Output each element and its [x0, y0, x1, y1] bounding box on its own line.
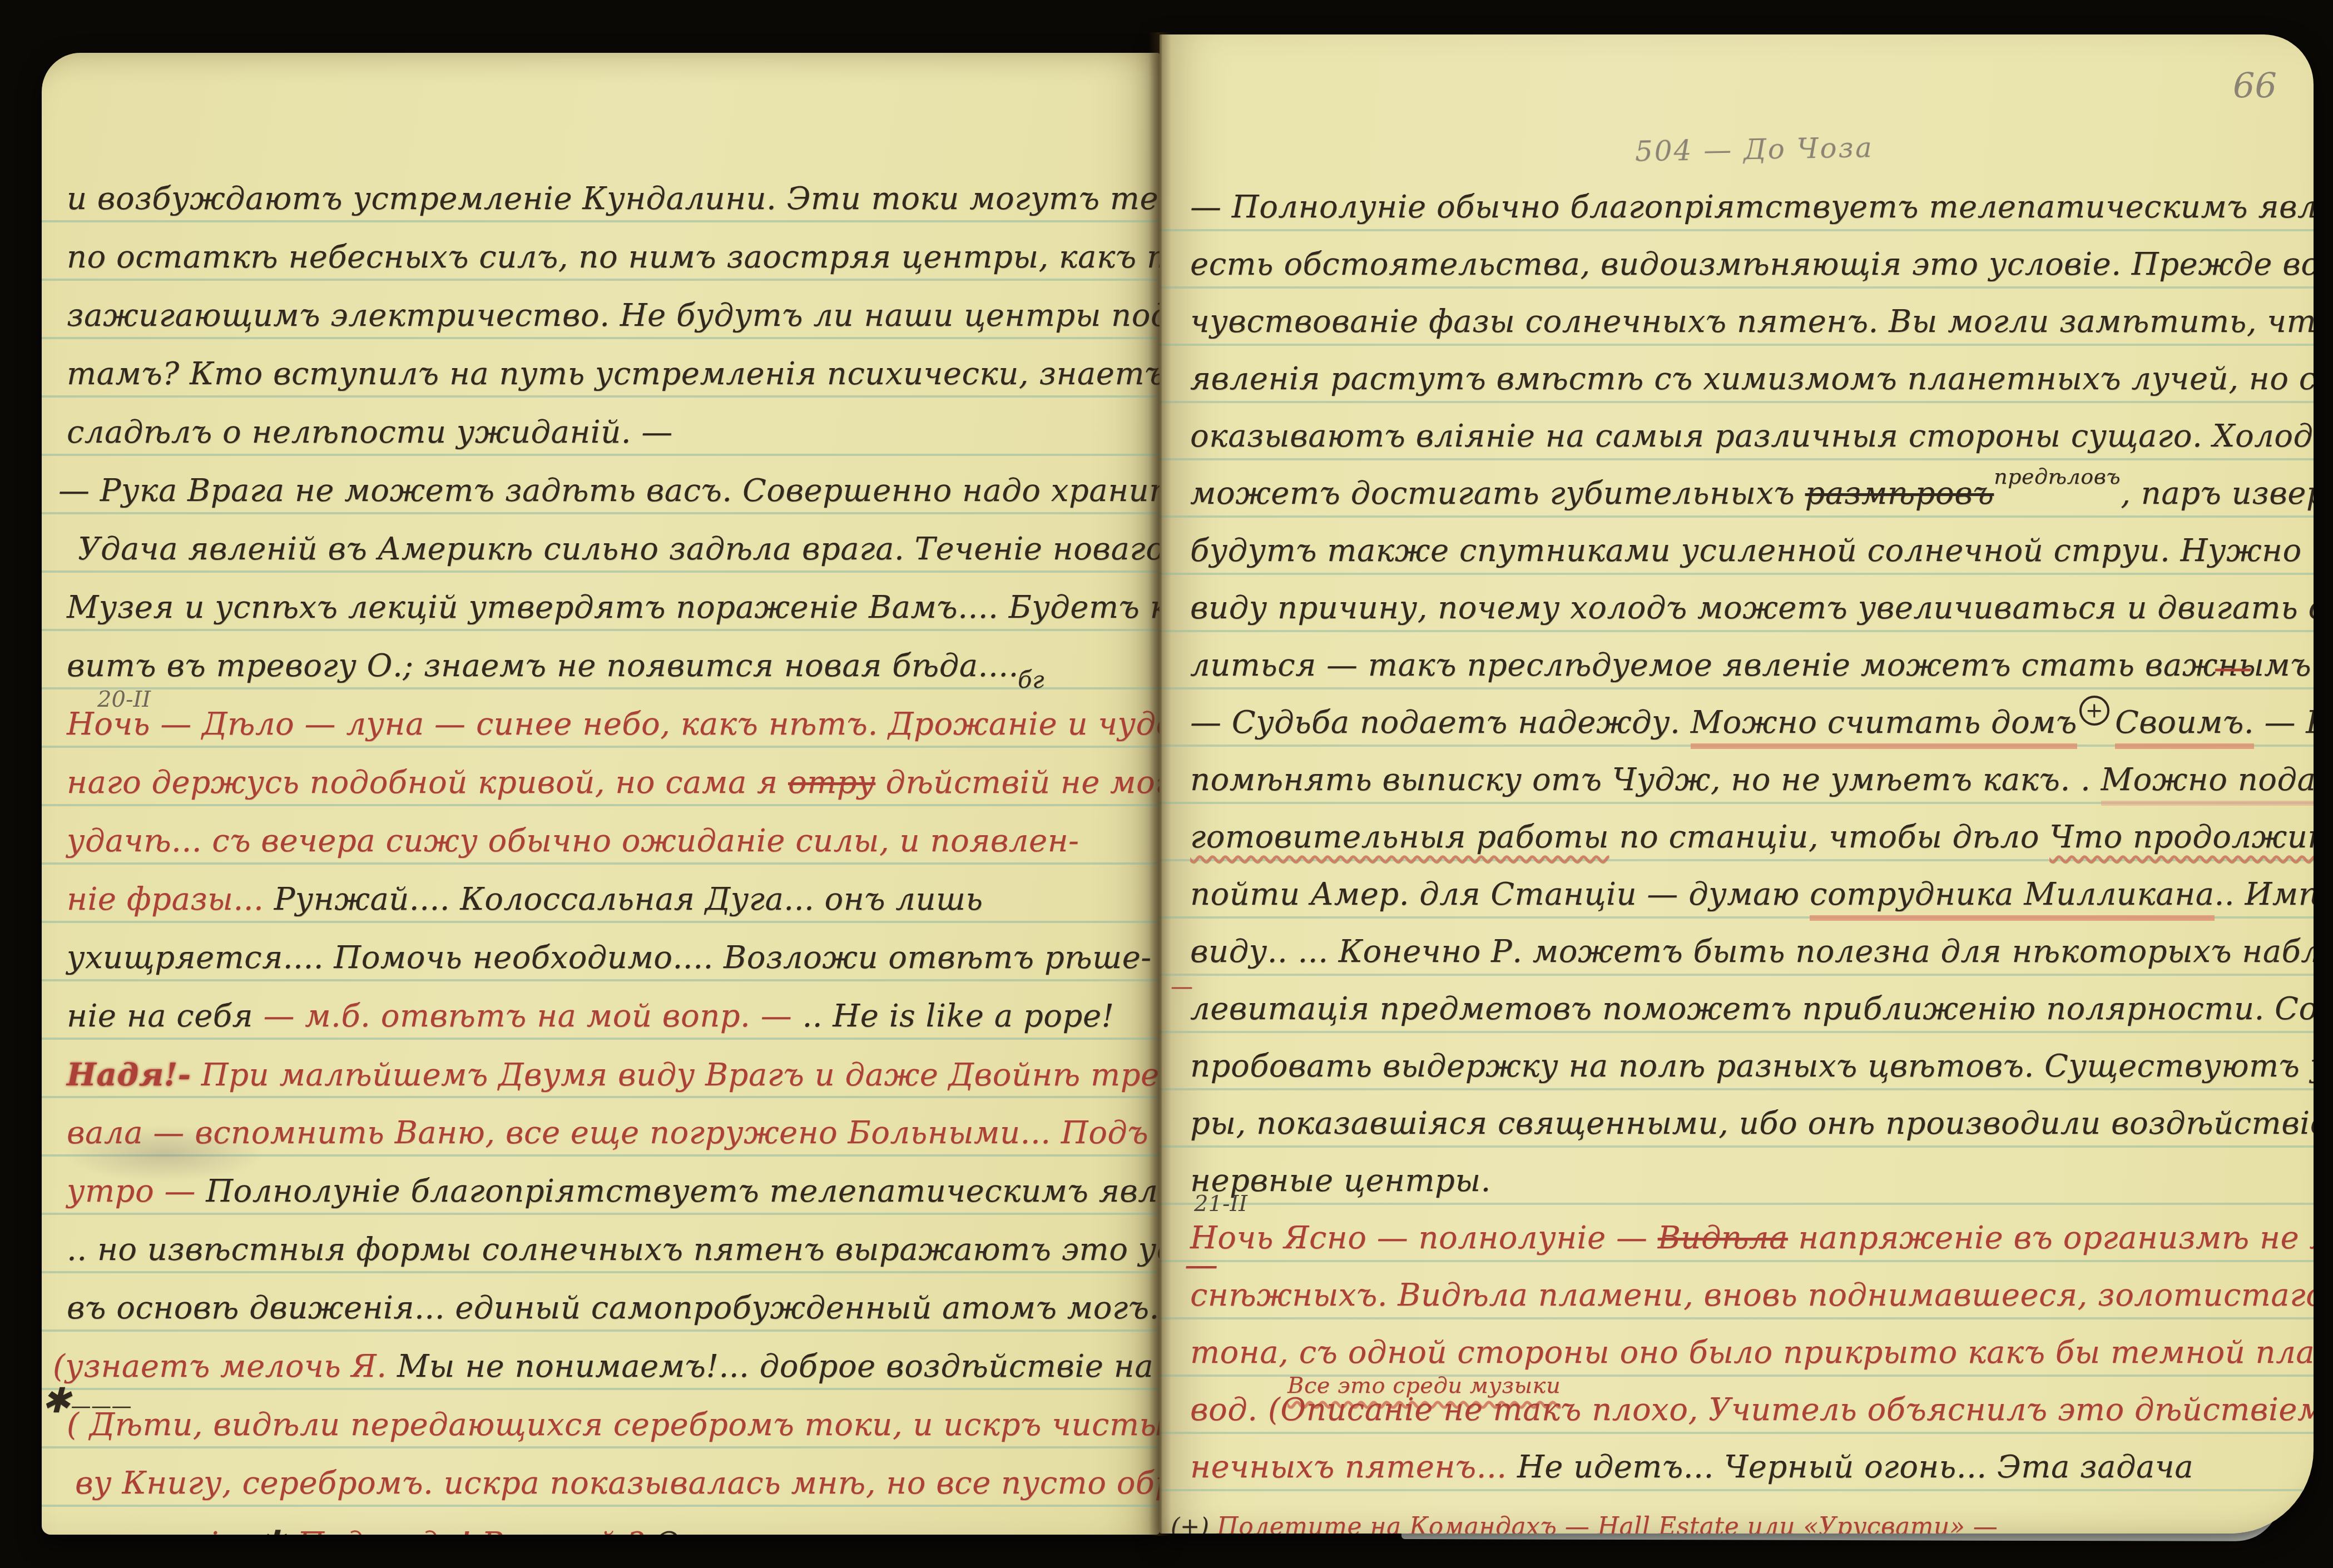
- text-segment: есть обстоятельства, видоизмѣняющія это …: [1190, 246, 2314, 282]
- manuscript-line: виду причину, почему холодъ можетъ увели…: [1190, 593, 2314, 624]
- manuscript-line: ры, показавшіяся священными, ибо онѣ про…: [1190, 1108, 2314, 1139]
- manuscript-line: пробовать выдержку на полѣ разныхъ цвѣто…: [1190, 1051, 2314, 1082]
- manuscript-line: и возбуждаютъ устремленіе Кундалини. Эти…: [67, 183, 1160, 215]
- text-segment: Можно считать домъ: [1691, 704, 2077, 749]
- manuscript-line: витъ въ тревогу О.; знаемъ не появится н…: [67, 651, 1019, 682]
- text-segment: явленія растутъ вмѣстѣ съ химизмомъ план…: [1190, 361, 2314, 397]
- text-segment: утро —: [67, 1173, 206, 1209]
- text-segment: ву Книгу, серебромъ. искра показывалась …: [75, 1465, 1160, 1501]
- text-segment: .. но извѣстныя формы солнечныхъ пятенъ …: [67, 1232, 1160, 1268]
- text-segment: (: [67, 1407, 90, 1443]
- manuscript-line: — Судьба подаетъ надежду. Можно считать …: [1190, 707, 2314, 741]
- left-page: 20-II и возбуждаютъ устремленіе Кундалин…: [42, 53, 1160, 1535]
- text-segment: ніе фразы...: [67, 881, 274, 917]
- pencil-annotation: 504 — До Чоза: [1635, 131, 1874, 167]
- text-segment: .. Имѣю въ: [2215, 876, 2314, 912]
- manuscript-line: зажигающимъ электричество. Не будутъ ли …: [67, 300, 1160, 331]
- manuscript-line: бг: [1018, 662, 1044, 693]
- text-segment: готовительныя работы: [1190, 819, 1609, 855]
- text-segment: Своимъ.: [2115, 704, 2254, 749]
- text-segment: виду.. ... Конечно Р. можетъ быть полезн…: [1190, 934, 2314, 970]
- manuscript-line: ухищряется.... Помочь необходимо.... Воз…: [67, 942, 1152, 974]
- manuscript-line: удачѣ... съ вечера сижу обычно ожиданіе …: [67, 826, 1079, 857]
- text-segment: оказываютъ вліяніе на самыя различныя ст…: [1190, 418, 2314, 454]
- text-segment: помѣнять выписку отъ Чудж, но не умѣетъ …: [1190, 762, 2101, 798]
- text-segment: вод. (Описаніе не такъ плохо, Учитель об…: [1190, 1392, 2314, 1428]
- manuscript-line: ву Книгу, серебромъ. искра показывалась …: [75, 1468, 1160, 1499]
- manuscript-line: помѣнять выписку отъ Чудж, но не умѣетъ …: [1190, 765, 2314, 796]
- manuscript-line: можетъ достигать губительныхъ размѣровъп…: [1190, 478, 2314, 509]
- manuscript-line: есть обстоятельства, видоизмѣняющія это …: [1190, 249, 2314, 280]
- manuscript-line: въ основѣ движенія... единый самопробужд…: [67, 1293, 1160, 1324]
- text-segment: .. He is like a pope!: [792, 998, 1114, 1034]
- manuscript-line: ніе на себя — м.б. отвѣтъ на мой вопр. —…: [67, 1001, 1115, 1032]
- manuscript-line: тона, съ одной стороны оно было прикрыто…: [1190, 1337, 2314, 1368]
- text-segment: ухищряется.... Помочь необходимо.... Воз…: [67, 940, 1152, 976]
- text-segment: вниманіе.: [83, 1526, 258, 1535]
- manuscript-line: готовительныя работы по станціи, чтобы д…: [1190, 822, 2314, 853]
- text-segment: сладѣлъ о нелѣпости ужиданій. —: [67, 414, 673, 450]
- manuscript-line: литься — такъ преслѣдуемое явленіе может…: [1190, 650, 2314, 681]
- text-segment: будутъ также спутниками усиленной солнеч…: [1190, 533, 2314, 569]
- manuscript-line: Ночь — Дѣло — луна — синее небо, какъ нѣ…: [67, 709, 1160, 740]
- text-segment: Музея и успѣхъ лекцій утвердятъ поражені…: [67, 589, 1160, 626]
- text-segment: зажигающимъ электричество. Не будутъ ли …: [67, 297, 1160, 334]
- manuscript-line: — Полнолуніе обычно благопріятствуетъ те…: [1190, 192, 2314, 223]
- manuscript-line: виду.. ... Конечно Р. можетъ быть полезн…: [1190, 936, 2314, 967]
- text-segment: , паръ изверженій, и дополнителенъ: [2121, 475, 2314, 512]
- text-segment: ры, показавшіяся священными, ибо онѣ про…: [1190, 1105, 2314, 1142]
- text-segment: Полетите на Командахъ — Hall Estate или …: [1217, 1512, 1998, 1534]
- manuscript-line: Удача явленій въ Америкѣ сильно задѣла в…: [78, 534, 1160, 565]
- manuscript-line: нервные центры.: [1190, 1165, 1491, 1197]
- text-segment: Можно подать многія под-: [2101, 762, 2314, 806]
- manuscript-line: — Рука Врага не можетъ задѣть васъ. Сове…: [58, 475, 1160, 507]
- manuscript-line: чувствованіе фазы солнечныхъ пятенъ. Вы …: [1190, 306, 2314, 338]
- text-segment: Рунжай.... Колоссальная Дуга... онъ лишь: [274, 881, 983, 917]
- text-segment: по остаткѣ небесныхъ силъ, по нимъ заост…: [67, 239, 1160, 275]
- text-segment: пробовать выдержку на полѣ разныхъ цвѣто…: [1190, 1048, 2314, 1084]
- text-segment: — Судьба подаетъ надежду.: [1190, 704, 1691, 741]
- text-segment: Удача явленій въ Америкѣ сильно задѣла в…: [78, 531, 1160, 567]
- text-segment: тона, съ одной стороны оно было прикрыто…: [1190, 1334, 2314, 1371]
- text-segment: въ основѣ движенія... единый самопробужд…: [67, 1290, 1160, 1326]
- text-segment: Ночь — Дѣло — луна — синее небо, какъ нѣ…: [67, 706, 1160, 742]
- manuscript-line: пойти Амер. для Станціи — думаю сотрудни…: [1190, 879, 2314, 910]
- text-segment: виду причину, почему холодъ можетъ увели…: [1190, 590, 2314, 626]
- manuscript-line: тамъ? Кто вступилъ на путь устремленія п…: [67, 359, 1160, 390]
- text-segment: ✱: [258, 1524, 297, 1535]
- text-segment: снѣжныхъ. Видѣла пламени, вновь поднимав…: [1190, 1277, 2314, 1313]
- text-segment: нечныхъ пятенъ...: [1190, 1449, 1517, 1485]
- text-segment: напряженіе въ организмѣ не мало: [1788, 1220, 2314, 1256]
- manuscript-line: нечныхъ пятенъ... Не идетъ... Черный ого…: [1190, 1452, 2193, 1483]
- text-segment: Не идетъ... Черный огонь... Эта задача: [1517, 1449, 2193, 1485]
- text-segment: предѣловъ: [1994, 466, 2121, 487]
- text-segment: левитація предметовъ поможетъ приближені…: [1190, 991, 2314, 1027]
- right-page: 504 — До Чоза 66 21-II — Полнолуніе обыч…: [1160, 34, 2314, 1534]
- circled-plus-mark: +: [2079, 696, 2109, 726]
- text-segment: (+): [1171, 1513, 1217, 1534]
- manuscript-line: —: [2213, 647, 2253, 686]
- text-segment: нервные центры.: [1190, 1163, 1491, 1199]
- text-segment: размѣровъ: [1805, 475, 1994, 512]
- notebook-spread: 20-II и возбуждаютъ устремленіе Кундалин…: [0, 0, 2333, 1568]
- text-segment: Надя!-: [67, 1056, 191, 1093]
- text-segment: бг: [1018, 666, 1044, 693]
- text-segment: пойти Амер. для Станціи — думаю: [1190, 876, 1810, 912]
- manuscript-line: наго держусь подобной кривой, но сама я …: [67, 767, 1160, 798]
- text-segment: — м.б. отвѣтъ на мой вопр. —: [263, 998, 792, 1034]
- text-segment: отру: [788, 765, 875, 801]
- text-segment: дѣйствій не могу: [875, 765, 1160, 801]
- text-segment: Ограничены отъ нашихъ знаній середи.: [644, 1526, 1160, 1535]
- manuscript-line: левитація предметовъ поможетъ приближені…: [1190, 994, 2314, 1025]
- manuscript-line: снѣжныхъ. Видѣла пламени, вновь поднимав…: [1190, 1280, 2314, 1311]
- text-segment: вала — вспомнить Ваню, все еще погружено…: [67, 1115, 1148, 1151]
- manuscript-line: .. но извѣстныя формы солнечныхъ пятенъ …: [67, 1234, 1160, 1266]
- text-segment: удачѣ... съ вечера сижу обычно ожиданіе …: [67, 823, 1079, 859]
- text-segment: Подожди!: [297, 1526, 482, 1535]
- text-segment: При малѣйшемъ Двумя виду Врагъ и даже Дв…: [191, 1057, 1160, 1093]
- manuscript-line: Ночь Ясно — полнолуніе — Видѣла напряжен…: [1190, 1223, 2314, 1254]
- text-segment: — Рука Врага не можетъ задѣть васъ. Сове…: [58, 473, 1160, 509]
- text-segment: сотрудника Милликана: [1810, 876, 2214, 921]
- manuscript-line: сладѣлъ о нелѣпости ужиданій. —: [67, 417, 673, 448]
- manuscript-line: вод. (Описаніе не такъ плохо, Учитель об…: [1190, 1395, 2314, 1426]
- text-segment: Что продолжить: [2049, 819, 2314, 855]
- text-segment: — Полнолуніе обычно благопріятствуетъ те…: [1190, 189, 2314, 225]
- manuscript-line: по остаткѣ небесныхъ силъ, по нимъ заост…: [67, 242, 1160, 273]
- scanned-notebook-screenshot: { "page_number": "66", "annotations": { …: [0, 0, 2333, 1568]
- text-segment: тамъ? Кто вступилъ на путь устремленія п…: [67, 356, 1160, 392]
- text-segment: по станціи, чтобы дѣло: [1609, 819, 2049, 855]
- text-segment: литься — такъ преслѣдуемое явленіе может…: [1190, 647, 2314, 683]
- text-segment: можетъ достигать губительныхъ: [1190, 475, 1805, 512]
- manuscript-line: вала — вспомнить Ваню, все еще погружено…: [67, 1118, 1148, 1149]
- manuscript-line: будутъ также спутниками усиленной солнеч…: [1190, 535, 2314, 567]
- manuscript-line: ( Дѣти, видѣли передающихся серебромъ то…: [67, 1410, 1160, 1441]
- manuscript-line: явленія растутъ вмѣстѣ съ химизмомъ план…: [1190, 364, 2314, 395]
- text-segment: — Кто-то думаетъ: [2254, 704, 2314, 741]
- manuscript-line: оказываютъ вліяніе на самыя различныя ст…: [1190, 421, 2314, 452]
- manuscript-line: ніе фразы... Рунжай.... Колоссальная Дуг…: [67, 884, 983, 915]
- text-segment: Ночь Ясно — полнолуніе —: [1190, 1220, 1658, 1256]
- text-segment: Дѣти, видѣли передающихся серебромъ токи…: [90, 1407, 1160, 1443]
- text-segment: ніе на себя: [67, 998, 263, 1034]
- text-segment: и возбуждаютъ устремленіе Кундалини. Эти…: [67, 181, 1160, 217]
- page-number: 66: [2233, 65, 2277, 106]
- text-segment: наго держусь подобной кривой, но сама я: [67, 765, 788, 801]
- manuscript-line: (узнаетъ мелочь Я. Мы не понимаемъ!... д…: [53, 1351, 1160, 1382]
- text-segment: Видѣла: [1658, 1220, 1788, 1256]
- text-segment: чувствованіе фазы солнечныхъ пятенъ. Вы …: [1190, 304, 2314, 340]
- text-segment: (узнаетъ мелочь Я.: [53, 1348, 397, 1385]
- manuscript-line: Музея и успѣхъ лекцій утвердятъ поражені…: [67, 592, 1160, 623]
- manuscript-line: утро — Полнолуніе благопріятствуетъ теле…: [67, 1176, 1160, 1207]
- text-segment: Мы не понимаемъ!... доброе воздѣйствіе н…: [397, 1348, 1160, 1385]
- text-segment: витъ въ тревогу О.; знаемъ не появится н…: [67, 648, 1019, 684]
- text-segment: Рунжай ?: [482, 1526, 644, 1535]
- manuscript-line: вниманіе. ✱ Подожди! Рунжай ? Ограничены…: [83, 1526, 1160, 1535]
- text-segment: Полнолуніе благопріятствуетъ телепатичес…: [206, 1173, 1160, 1209]
- manuscript-line: (+) Полетите на Командахъ — Hall Estate …: [1171, 1509, 1998, 1534]
- manuscript-line: Надя!- При малѣйшемъ Двумя виду Врагъ и …: [67, 1059, 1160, 1091]
- text-segment: —: [2213, 644, 2253, 689]
